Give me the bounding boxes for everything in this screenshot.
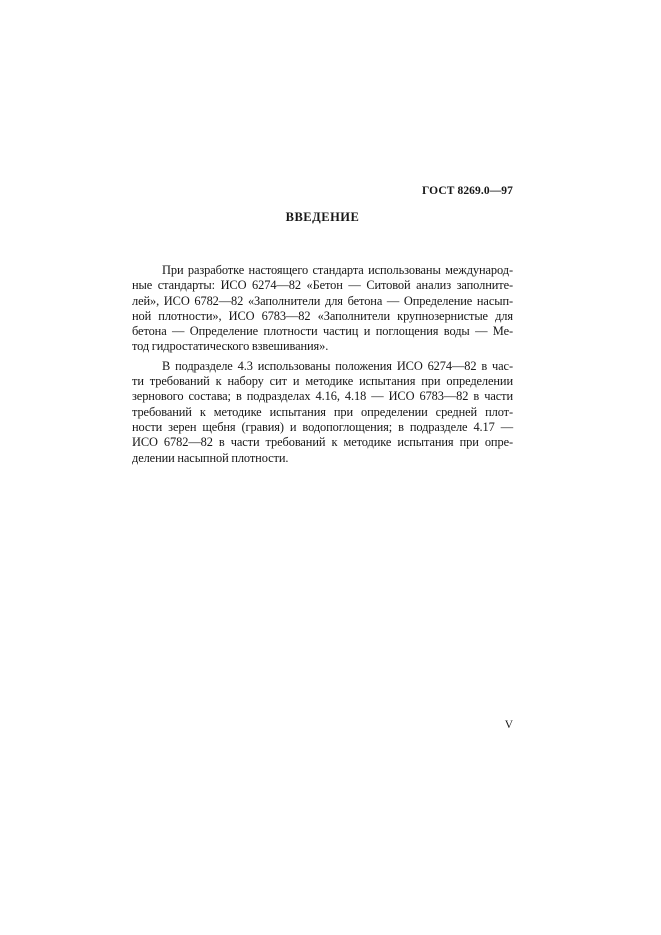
paragraph-line: делении насыпной плотности. xyxy=(132,451,513,466)
paragraph-line: требований к методике испытания при опре… xyxy=(132,405,513,420)
document-page: ГОСТ 8269.0—97 ВВЕДЕНИЕ При разработке н… xyxy=(0,0,661,935)
doc-code-header: ГОСТ 8269.0—97 xyxy=(132,185,513,197)
paragraph-line: ности зерен щебня (гравия) и водопоглоще… xyxy=(132,420,513,435)
paragraph-line: лей», ИСО 6782—82 «Заполнители для бетон… xyxy=(132,294,513,309)
paragraph-line: В подразделе 4.3 использованы положения … xyxy=(132,359,513,374)
paragraph-line: ти требований к набору сит и методике ис… xyxy=(132,374,513,389)
paragraph-line: ИСО 6782—82 в части требований к методик… xyxy=(132,435,513,450)
page-number: V xyxy=(132,719,513,731)
paragraph-line: При разработке настоящего стандарта испо… xyxy=(132,263,513,278)
section-title: ВВЕДЕНИЕ xyxy=(132,210,513,225)
paragraph-line: зернового состава; в подразделах 4.16, 4… xyxy=(132,389,513,404)
paragraph-line: ной плотности», ИСО 6783—82 «Заполнители… xyxy=(132,309,513,324)
paragraph-line: ные стандарты: ИСО 6274—82 «Бетон — Сито… xyxy=(132,278,513,293)
introduction-body: При разработке настоящего стандарта испо… xyxy=(132,263,513,466)
introduction-paragraph-1: При разработке настоящего стандарта испо… xyxy=(132,263,513,355)
introduction-paragraph-2: В подразделе 4.3 использованы положения … xyxy=(132,359,513,466)
paragraph-line: бетона — Определение плотности частиц и … xyxy=(132,324,513,339)
paragraph-line: тод гидростатического взвешивания». xyxy=(132,339,513,354)
